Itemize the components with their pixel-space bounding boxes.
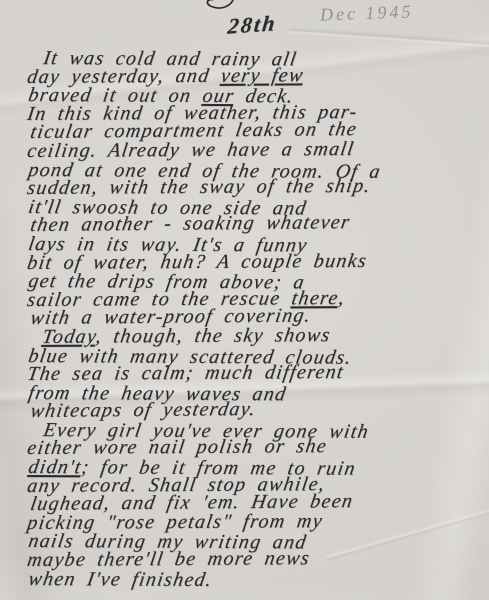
- handwritten-line: sudden, with the sway of the ship.: [26, 176, 474, 197]
- handwritten-line: either wore nail polish or she: [26, 437, 474, 458]
- underlined-text: very few: [219, 64, 305, 87]
- handwritten-line: then another - soaking whatever: [29, 212, 478, 234]
- handwritten-line: maybe there'll be more news: [26, 548, 474, 569]
- handwritten-line: bit of water, huh? A couple bunks: [26, 251, 474, 272]
- handwritten-day: 28th: [226, 10, 278, 39]
- letter-text: , though, the sky shows: [94, 324, 332, 347]
- letter-body: It was cold and rainy allday yesterday, …: [26, 49, 471, 588]
- handwritten-line: The sea is calm; much different: [26, 362, 474, 383]
- handwritten-line: when I've finished.: [27, 570, 475, 591]
- handwritten-line: picking "rose petals" from my: [26, 511, 474, 532]
- handwritten-line: ceiling. Already we have a small: [26, 139, 474, 160]
- pencil-date-annotation: Dec 1945: [320, 1, 414, 25]
- letter-page: 28th Dec 1945 It was cold and rainy alld…: [0, 0, 489, 600]
- handwritten-line: Today, though, the sky shows: [26, 325, 474, 346]
- letter-text: when I've finished.: [27, 568, 214, 591]
- date-line: 28th Dec 1945: [0, 0, 489, 46]
- handwritten-line: day yesterday, and very few: [26, 65, 474, 86]
- handwritten-line: whitecaps of yesterday.: [29, 398, 478, 420]
